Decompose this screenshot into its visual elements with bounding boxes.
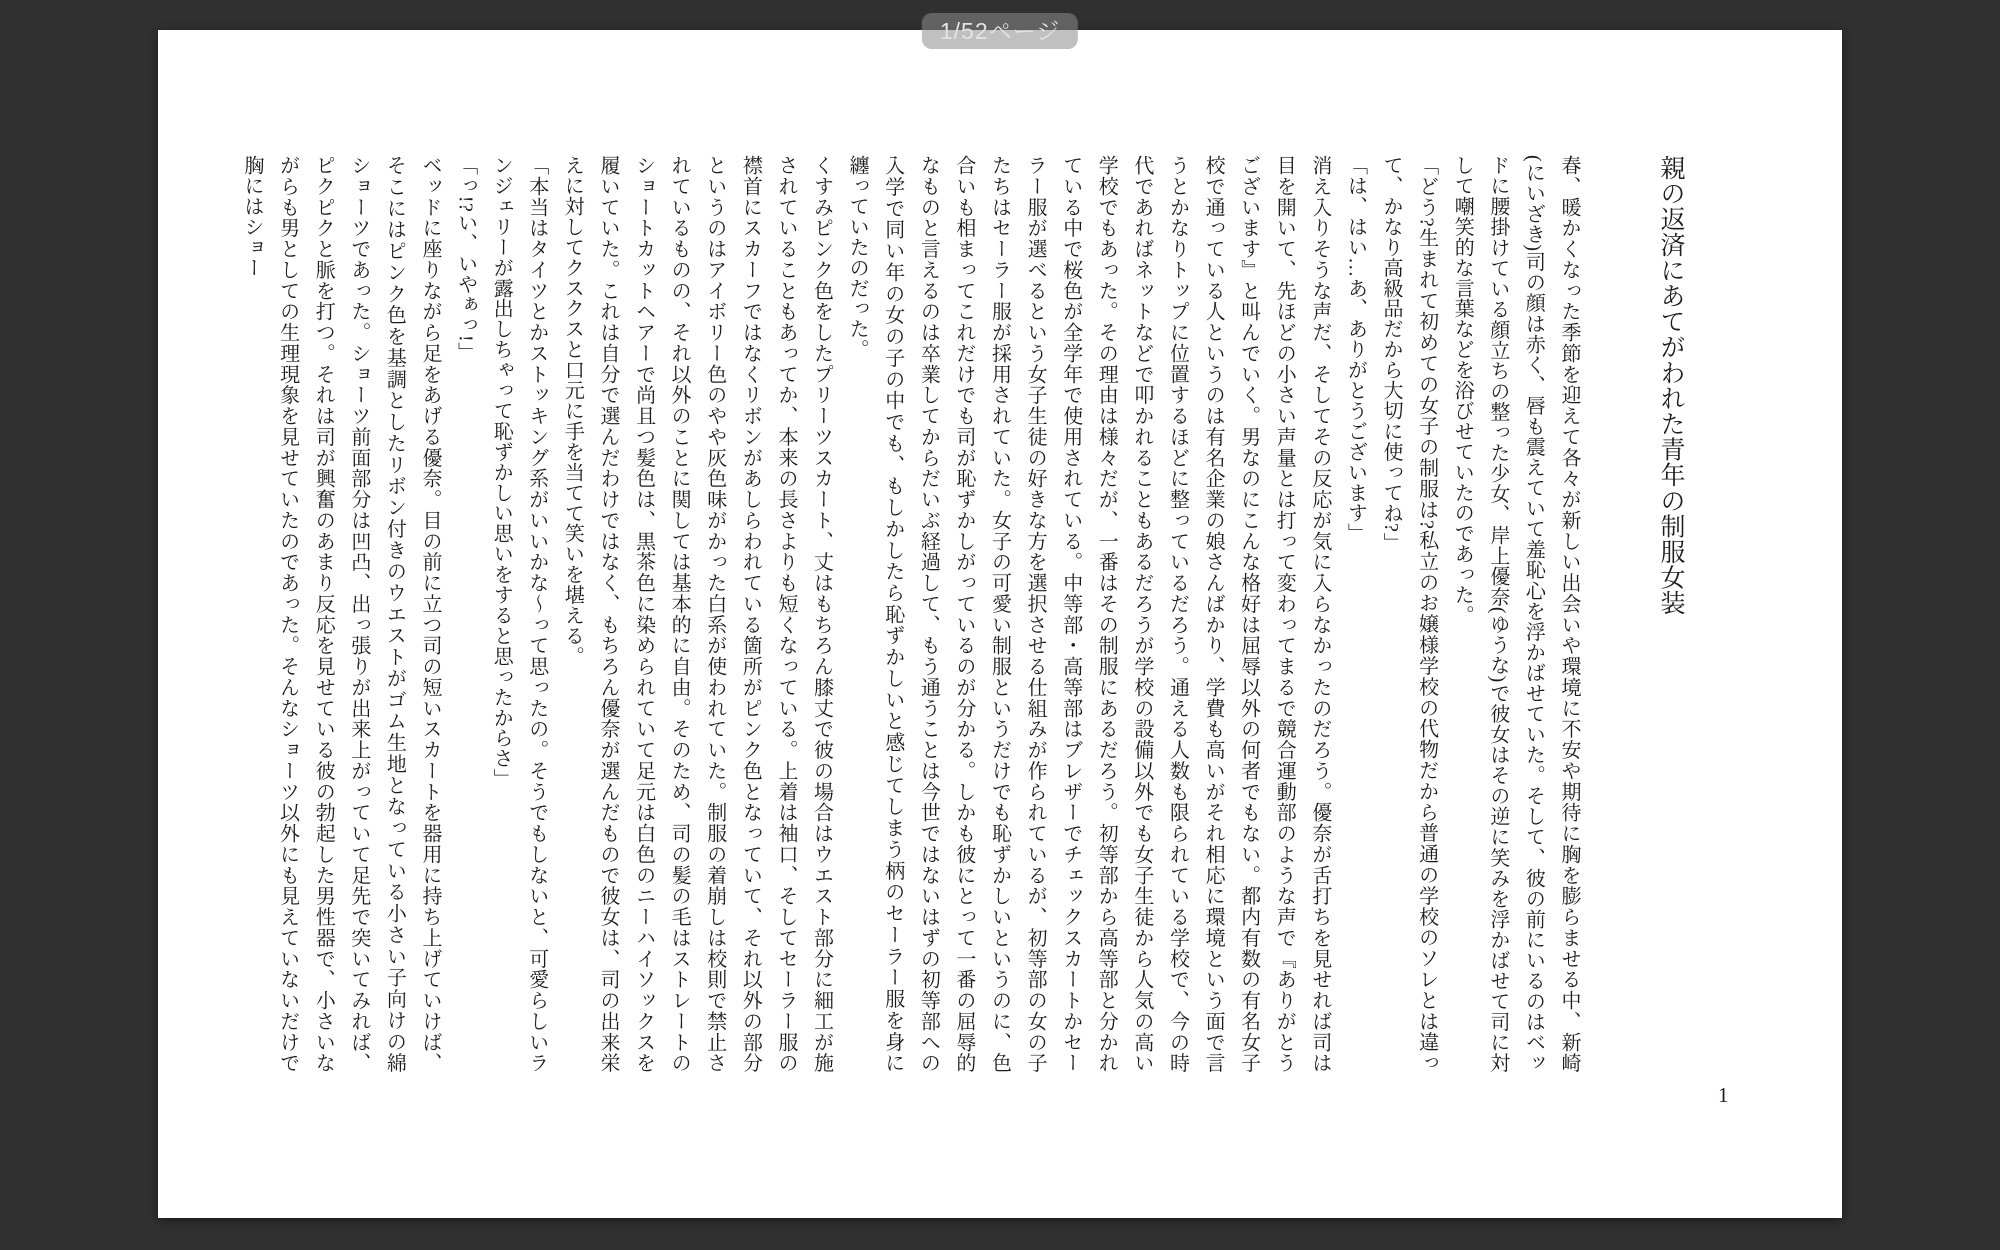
paragraph: 「は、はい…あ、ありがとうございます」 <box>1337 155 1373 1073</box>
paragraph: ベッドに座りながら足をあげる優奈。目の前に立つ司の短いスカートを器用に持ち上げて… <box>233 155 447 1073</box>
document-page[interactable]: 親の返済にあてがわれた青年の制服女装 春、暖かくなった季節を迎えて各々が新しい出… <box>158 30 1842 1218</box>
page-number: 1 <box>1718 1083 1729 1108</box>
paragraph: くすみピンク色をしたプリーツスカート、丈はもちろん膝丈で彼の場合はウエスト部分に… <box>554 155 839 1073</box>
document-title: 親の返済にあてがわれた青年の制服女装 <box>1650 155 1690 1073</box>
paragraph: 消え入りそうな声だ、そしてその反応が気に入らなかったのだろう。優奈が舌打ちを見せ… <box>839 155 1337 1073</box>
paragraph: 春、暖かくなった季節を迎えて各々が新しい出会いや環境に不安や期待に胸を膨らませる… <box>1444 155 1586 1073</box>
viewer-background: { "viewer": { "page_indicator": "1/52ページ… <box>0 0 2000 1250</box>
body-text: 春、暖かくなった季節を迎えて各々が新しい出会いや環境に不安や期待に胸を膨らませる… <box>233 155 1586 1073</box>
paragraph: 「どう?生まれて初めての女子の制服は?私立のお嬢様学校の代物だから普通の学校のソ… <box>1372 155 1443 1073</box>
paragraph: 「本当はタイツとかストッキング系がいいかな〜って思ったの。そうでもしないと、可愛… <box>483 155 554 1073</box>
paragraph: 「っ!?い、いやぁっ!」 <box>447 155 483 1073</box>
page-indicator-badge: 1/52ページ <box>922 13 1078 49</box>
page-indicator-label: 1/52ページ <box>940 18 1060 44</box>
page-content: 親の返済にあてがわれた青年の制服女装 春、暖かくなった季節を迎えて各々が新しい出… <box>233 155 1690 1073</box>
